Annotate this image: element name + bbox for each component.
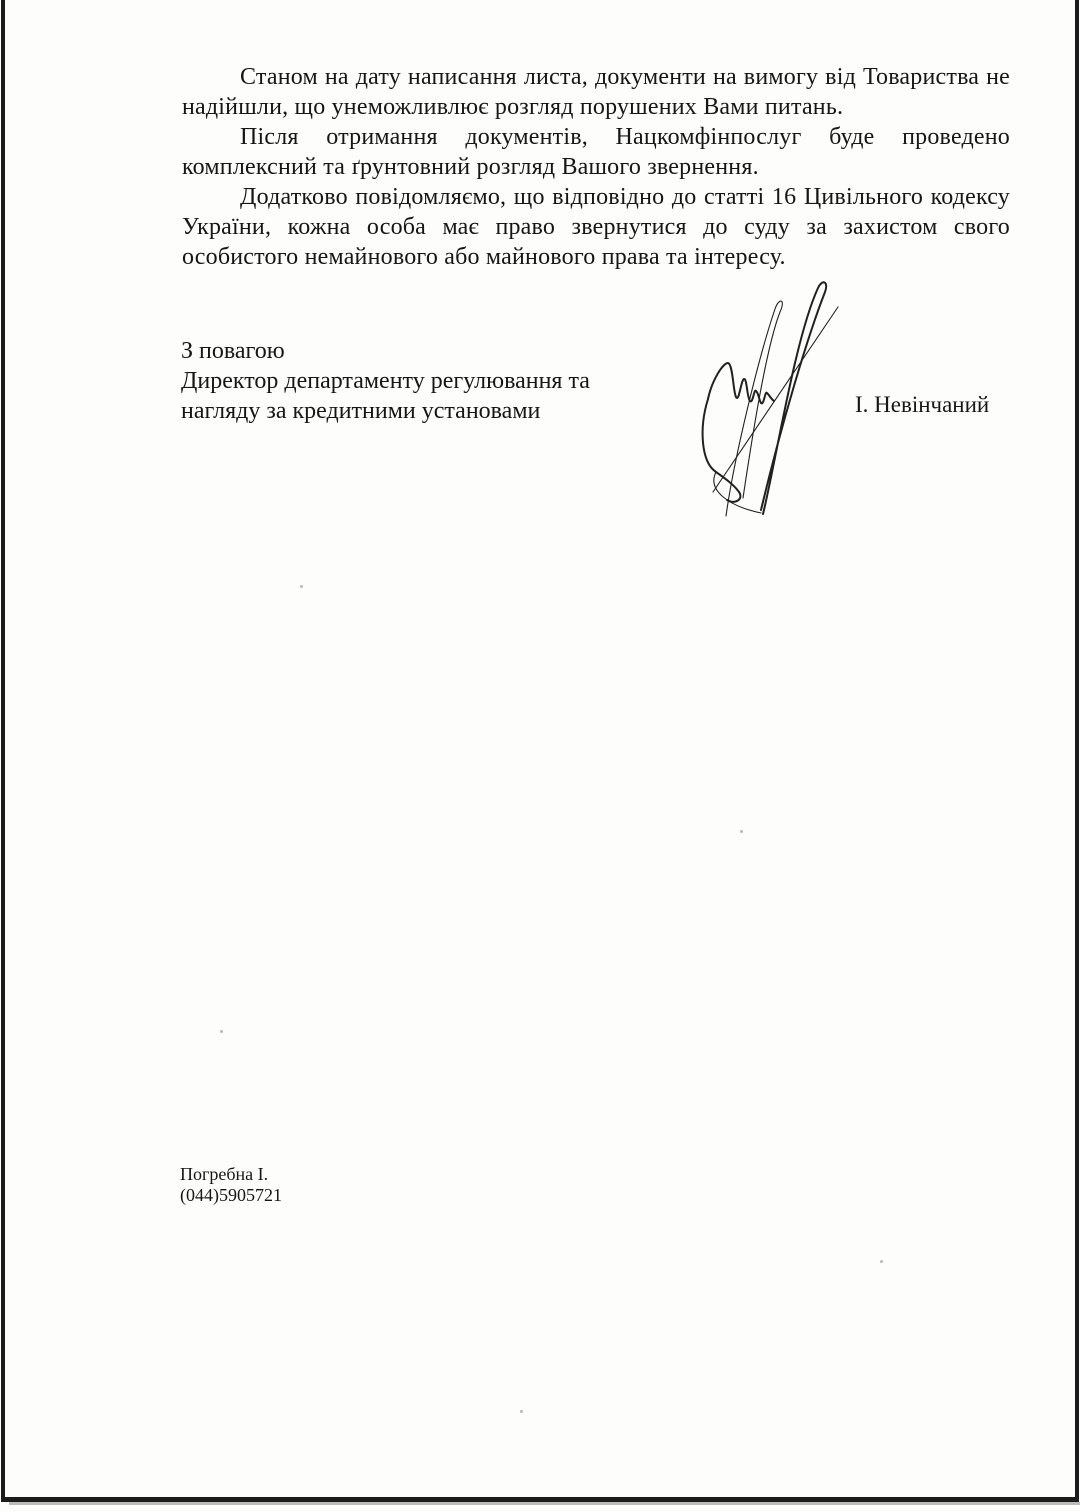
executor-name: Погребна І. — [180, 1164, 282, 1185]
closing-block: З повагою Директор департаменту регулюва… — [181, 336, 590, 426]
scan-speck — [880, 1260, 883, 1263]
scan-speck — [220, 1030, 223, 1033]
closing-salutation: З повагою — [181, 336, 590, 366]
paragraph-legal-note: Додатково повідомляємо, що відповідно до… — [182, 182, 1010, 272]
letter-body: Станом на дату написання листа, документ… — [182, 62, 1010, 272]
paragraph-review: Після отримання документів, Нацкомфінпос… — [182, 122, 1010, 182]
executor-phone: (044)5905721 — [180, 1185, 282, 1206]
scanned-letter-page: Станом на дату написання листа, документ… — [0, 0, 1080, 1512]
signer-name: І. Невінчаний — [855, 392, 989, 418]
paragraph-status: Станом на дату написання листа, документ… — [182, 62, 1010, 122]
signer-title-line-1: Директор департаменту регулювання та — [181, 366, 590, 396]
scan-speck — [740, 830, 743, 833]
page-border-left — [1, 0, 5, 1500]
scan-speck — [520, 1410, 523, 1413]
scan-speck — [300, 585, 303, 588]
handwritten-signature-icon — [683, 276, 853, 526]
signer-title-line-2: нагляду за кредитними установами — [181, 396, 590, 426]
page-border-right — [1075, 0, 1079, 1500]
page-border-shadow — [9, 1502, 1080, 1505]
executor-contact-block: Погребна І. (044)5905721 — [180, 1164, 282, 1206]
